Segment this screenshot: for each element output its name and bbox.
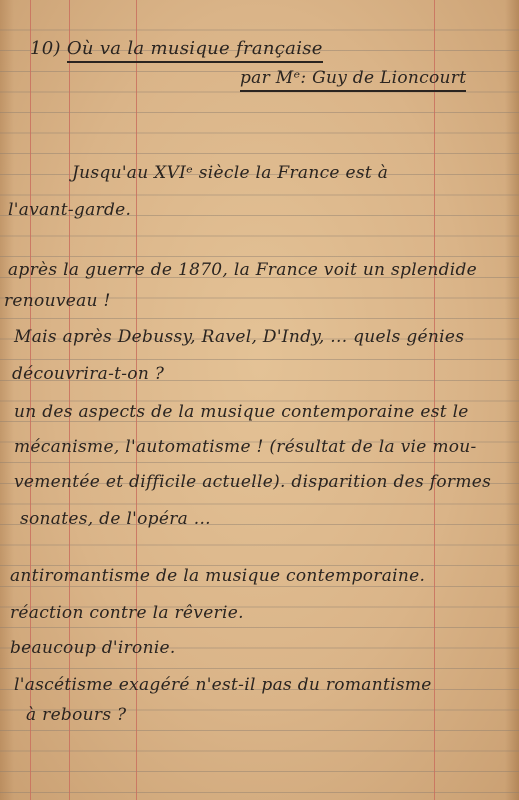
text-line: l'avant-garde.	[8, 200, 131, 220]
text-line: un des aspects de la musique contemporai…	[14, 402, 469, 422]
text-line: sonates, de l'opéra ...	[20, 509, 211, 529]
heading-byline: par Mᵉ: Guy de Lioncourt	[240, 68, 466, 92]
text-line: antiromantisme de la musique contemporai…	[10, 566, 425, 586]
heading-title-text: Où va la musique française	[67, 38, 323, 63]
text-line: beaucoup d'ironie.	[10, 638, 176, 658]
text-line: réaction contre la rêverie.	[10, 603, 244, 623]
heading-title: 10) Où va la musique française	[30, 38, 323, 59]
margin-line	[434, 0, 435, 800]
text-line: Jusqu'au XVIᵉ siècle la France est à	[72, 163, 388, 183]
text-line: Mais après Debussy, Ravel, D'Indy, ... q…	[14, 327, 464, 347]
text-line: vementée et difficile actuelle). dispari…	[14, 472, 491, 492]
text-line: à rebours ?	[26, 705, 126, 725]
text-line: après la guerre de 1870, la France voit …	[8, 260, 477, 280]
text-line: l'ascétisme exagéré n'est-il pas du roma…	[14, 675, 432, 695]
heading-number: 10)	[30, 38, 61, 59]
text-line: renouveau !	[4, 291, 111, 311]
text-line: mécanisme, l'automatisme ! (résultat de …	[14, 437, 477, 457]
notebook-page: 10) Où va la musique française par Mᵉ: G…	[0, 0, 519, 800]
text-line: découvrira-t-on ?	[12, 364, 164, 384]
